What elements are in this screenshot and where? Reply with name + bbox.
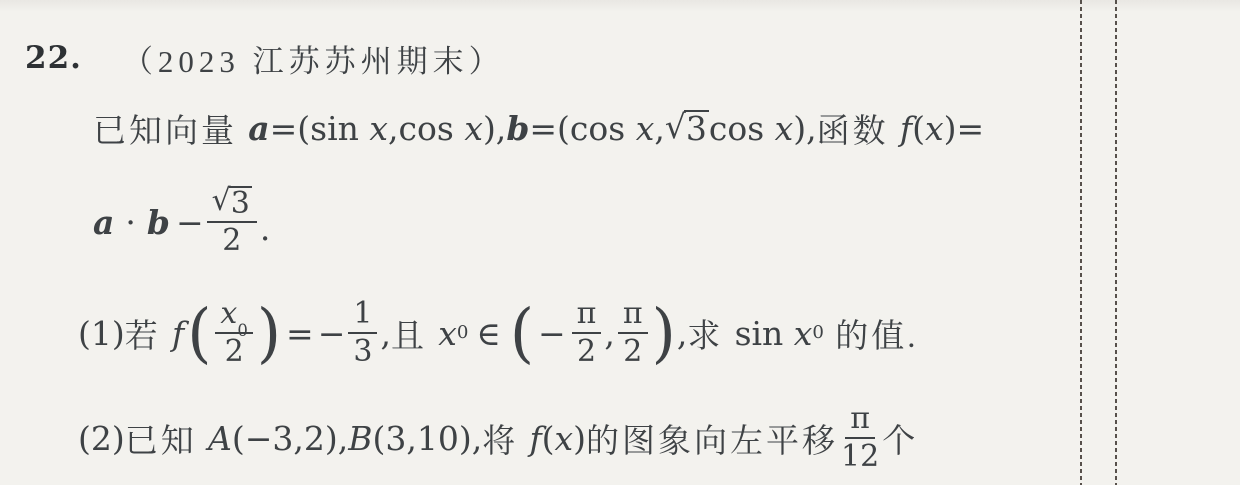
right-paren-big: ) [257, 304, 281, 362]
x0-variable: x [438, 314, 457, 353]
math-token: cos [399, 109, 465, 148]
comma: , [380, 314, 391, 353]
numerator-pi: π [618, 297, 648, 334]
math-token: ( [912, 109, 925, 148]
math-token: , [654, 109, 665, 148]
math-token: ), [483, 109, 506, 148]
text-known-vectors: 已知向量 [93, 105, 248, 152]
function-f: f [900, 109, 912, 148]
left-paren-big: ( [187, 304, 211, 362]
margin-divider-line-1 [1080, 0, 1082, 485]
denominator: 2 [222, 223, 241, 258]
minus-sign: − [176, 203, 204, 242]
text-take: 将 [482, 415, 529, 462]
denominator: 12 [841, 439, 879, 474]
math-token: ), [793, 109, 816, 148]
fraction-x0-over-2: x0 2 [215, 297, 252, 368]
minus-sign: − [318, 314, 346, 353]
part-2-label: (2) [78, 419, 125, 458]
point-A-coords: (−3,2), [232, 419, 348, 458]
denominator: 2 [225, 334, 244, 369]
function-f: f [172, 314, 184, 353]
text-find: 求 [687, 310, 734, 357]
sqrt-radical: √3 [212, 186, 252, 220]
numerator-pi: π [845, 402, 875, 439]
x0-variable: x [794, 314, 813, 353]
math-token: x [369, 109, 388, 148]
part-2-line: (2) 已知 A (−3,2), B (3,10), 将 f ( x ) 的图象… [78, 398, 918, 478]
denominator: 3 [353, 334, 372, 369]
scanned-math-problem-page: 22. （2023 江苏苏州期末） 已知向量 a =( sin x , cos … [0, 0, 1240, 485]
equals-sign: = [286, 314, 314, 353]
vector-b: b [147, 203, 170, 242]
vector-a: a [93, 203, 114, 242]
text-and: 且 [391, 310, 438, 357]
text-shift-graph-left: 的图象向左平移 [586, 415, 838, 462]
fraction-pi-over-2: π 2 [618, 297, 648, 368]
math-token: =( [529, 109, 570, 148]
dot-product-symbol: · [125, 203, 136, 242]
text-the-value: 的值. [824, 310, 919, 357]
point-B-coords: (3,10), [372, 419, 482, 458]
sin-token: sin [735, 314, 794, 353]
math-token: cos [570, 109, 636, 148]
comma: , [677, 314, 688, 353]
fraction-pi-over-2: π 2 [572, 297, 602, 368]
math-token: )= [944, 109, 985, 148]
margin-divider-line-2 [1115, 0, 1117, 485]
numerator: 1 [348, 297, 377, 334]
point-B: B [348, 419, 372, 458]
vector-b: b [506, 109, 529, 148]
vectors-given-line: 已知向量 a =( sin x , cos x ), b =( cos x , … [93, 104, 984, 152]
function-def-line: a · b − √3 2 . [93, 183, 270, 261]
right-paren-big: ) [652, 304, 676, 362]
fraction-sqrt3-over-2: √3 2 [207, 186, 257, 257]
math-token: ( [542, 419, 555, 458]
sqrt-radical: √3 [665, 110, 709, 147]
vector-a: a [248, 109, 269, 148]
radicand: 3 [229, 186, 252, 220]
text-if: 若 [125, 310, 172, 357]
part-1-line: (1) 若 f ( x0 2 ) = − 1 3 , 且 x0 ∈ ( − π … [78, 290, 918, 376]
comma: , [604, 314, 615, 353]
math-token: x [555, 419, 574, 458]
fraction-pi-over-12: π 12 [841, 402, 879, 473]
math-token: x [464, 109, 483, 148]
fraction-1-over-3: 1 3 [348, 297, 377, 368]
numerator-x: x [220, 297, 237, 331]
text-units: 个 [882, 415, 918, 462]
period: . [260, 209, 271, 261]
function-f: f [529, 419, 541, 458]
math-token: =( [270, 109, 311, 148]
minus-sign: − [538, 314, 566, 353]
text-known: 已知 [125, 415, 208, 462]
math-token: sin [310, 109, 369, 148]
problem-number: 22. [25, 40, 82, 76]
math-token: ) [573, 419, 586, 458]
radicand: 3 [684, 110, 709, 147]
math-token: cos [709, 109, 775, 148]
point-A: A [208, 419, 232, 458]
radical-sign: √ [665, 110, 686, 143]
math-token: , [388, 109, 399, 148]
math-token: x [636, 109, 655, 148]
problem-header-line: 22. （2023 江苏苏州期末） [25, 36, 505, 80]
denominator: 2 [577, 334, 596, 369]
problem-source: （2023 江苏苏州期末） [122, 36, 505, 81]
numerator-pi: π [572, 297, 602, 334]
denominator: 2 [623, 334, 642, 369]
math-token: x [775, 109, 794, 148]
math-token: x [925, 109, 944, 148]
left-paren-big: ( [510, 304, 534, 362]
part-1-label: (1) [78, 314, 125, 353]
text-function: 函数 [817, 105, 900, 152]
element-of-symbol: ∈ [476, 314, 500, 353]
